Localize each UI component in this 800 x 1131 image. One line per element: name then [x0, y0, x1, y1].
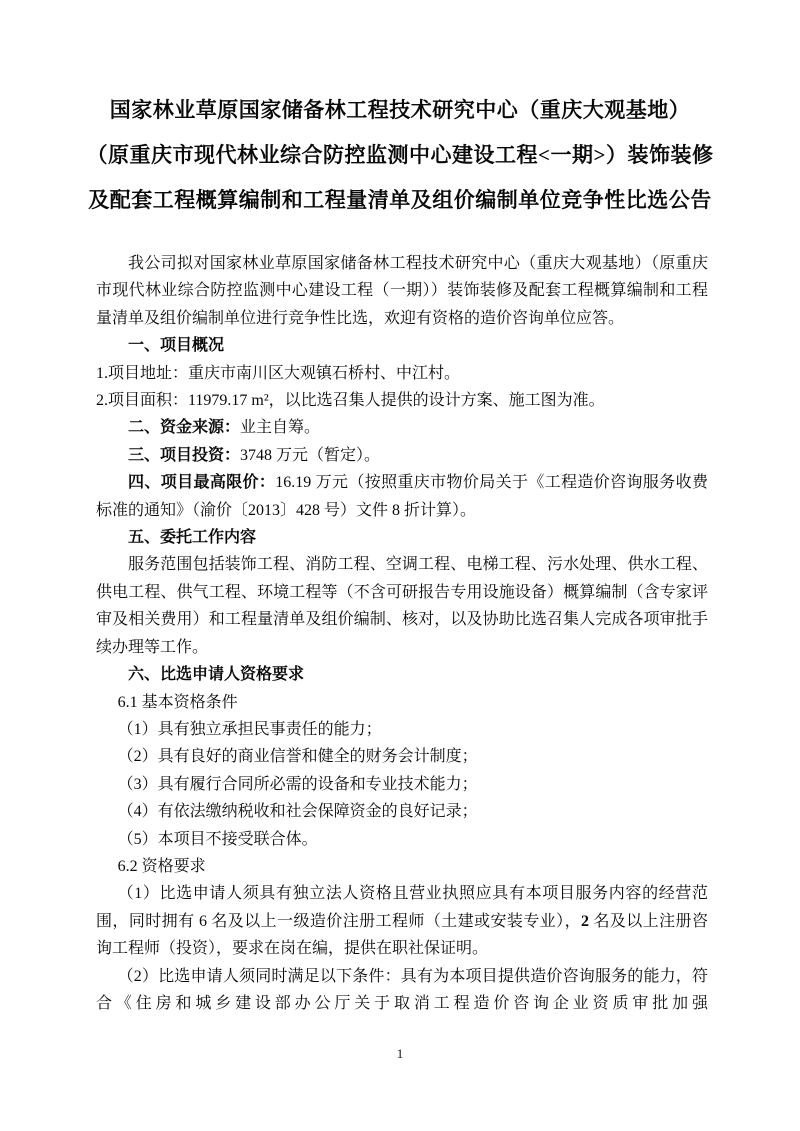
text-segment: 1.项目地址：重庆市南川区大观镇石桥村、中江村。 — [96, 365, 460, 382]
qualification-requirement-1: （1）比选申请人须具有独立法人资格且营业执照应具有本项目服务内容的经营范围，同时… — [96, 880, 708, 962]
title-line-1: 国家林业草原国家储备林工程技术研究中心（重庆大观基地） — [56, 88, 744, 133]
bold-text-segment: 一、项目概况 — [128, 337, 224, 354]
section-1-heading: 一、项目概况 — [96, 332, 708, 359]
bold-text-segment: 二、资金来源： — [128, 419, 240, 436]
text-segment: （4）有依法缴纳税收和社会保障资金的良好记录； — [118, 803, 478, 820]
section-2-funding: 二、资金来源：业主自筹。 — [96, 414, 708, 441]
project-area: 2.项目面积：11979.17 m²，以比选召集人提供的设计方案、施工图为准。 — [96, 387, 708, 414]
bold-text-segment: 2 — [581, 913, 589, 930]
basic-condition-3: （3）具有履行合同所必需的设备和专业技术能力； — [96, 771, 708, 798]
text-segment: （2）比选申请人须同时满足以下条件：具有为本项目提供造价咨询服务的能力，符合《住… — [96, 968, 708, 1012]
page-number: 1 — [397, 1046, 404, 1061]
text-segment: （1）具有独立承担民事责任的能力； — [118, 721, 382, 738]
basic-condition-5: （5）本项目不接受联合体。 — [96, 826, 708, 853]
page-footer: 1 — [0, 1046, 800, 1062]
text-segment: （2）具有良好的商业信誉和健全的财务会计制度； — [118, 748, 478, 765]
document-body: 我公司拟对国家林业草原国家储备林工程技术研究中心（重庆大观基地）（原重庆市现代林… — [96, 250, 708, 1017]
document-title: 国家林业草原国家储备林工程技术研究中心（重庆大观基地） （原重庆市现代林业综合防… — [56, 88, 744, 223]
text-segment: 我公司拟对国家林业草原国家储备林工程技术研究中心（重庆大观基地）（原重庆市现代林… — [96, 255, 708, 327]
section-3-investment: 三、项目投资：3748 万元（暂定）。 — [96, 442, 708, 469]
bold-text-segment: 六、比选申请人资格要求 — [128, 666, 304, 683]
text-segment: 6.2 资格要求 — [118, 858, 206, 875]
clause-6-2-heading: 6.2 资格要求 — [96, 853, 708, 880]
section-4-price-limit: 四、项目最高限价：16.19 万元（按照重庆市物价局关于《工程造价咨询服务收费标… — [96, 469, 708, 524]
bold-text-segment: 五、委托工作内容 — [128, 529, 256, 546]
text-segment: 6.1 基本资格条件 — [118, 694, 238, 711]
text-segment: 服务范围包括装饰工程、消防工程、空调工程、电梯工程、污水处理、供水工程、供电工程… — [96, 556, 708, 655]
text-segment: （5）本项目不接受联合体。 — [118, 831, 318, 848]
basic-condition-2: （2）具有良好的商业信誉和健全的财务会计制度； — [96, 743, 708, 770]
text-segment: 2.项目面积：11979.17 m²，以比选召集人提供的设计方案、施工图为准。 — [96, 392, 605, 409]
document-page: 国家林业草原国家储备林工程技术研究中心（重庆大观基地） （原重庆市现代林业综合防… — [0, 0, 800, 1131]
text-segment: 3748 万元（暂定）。 — [240, 447, 380, 464]
project-address: 1.项目地址：重庆市南川区大观镇石桥村、中江村。 — [96, 360, 708, 387]
section-5-heading: 五、委托工作内容 — [96, 524, 708, 551]
text-segment: 业主自筹。 — [240, 419, 320, 436]
basic-condition-1: （1）具有独立承担民事责任的能力； — [96, 716, 708, 743]
qualification-requirement-2: （2）比选申请人须同时满足以下条件：具有为本项目提供造价咨询服务的能力，符合《住… — [96, 963, 708, 1018]
section-6-heading: 六、比选申请人资格要求 — [96, 661, 708, 688]
title-line-2: （原重庆市现代林业综合防控监测中心建设工程<一期>）装饰装修 — [56, 133, 744, 178]
bold-text-segment: 四、项目最高限价： — [128, 474, 275, 491]
bold-text-segment: 三、项目投资： — [128, 447, 240, 464]
title-line-3: 及配套工程概算编制和工程量清单及组价编制单位竞争性比选公告 — [56, 178, 744, 223]
text-segment: （3）具有履行合同所必需的设备和专业技术能力； — [118, 776, 478, 793]
basic-condition-4: （4）有依法缴纳税收和社会保障资金的良好记录； — [96, 798, 708, 825]
intro-paragraph: 我公司拟对国家林业草原国家储备林工程技术研究中心（重庆大观基地）（原重庆市现代林… — [96, 250, 708, 332]
clause-6-1-heading: 6.1 基本资格条件 — [96, 689, 708, 716]
service-scope-paragraph: 服务范围包括装饰工程、消防工程、空调工程、电梯工程、污水处理、供水工程、供电工程… — [96, 551, 708, 661]
